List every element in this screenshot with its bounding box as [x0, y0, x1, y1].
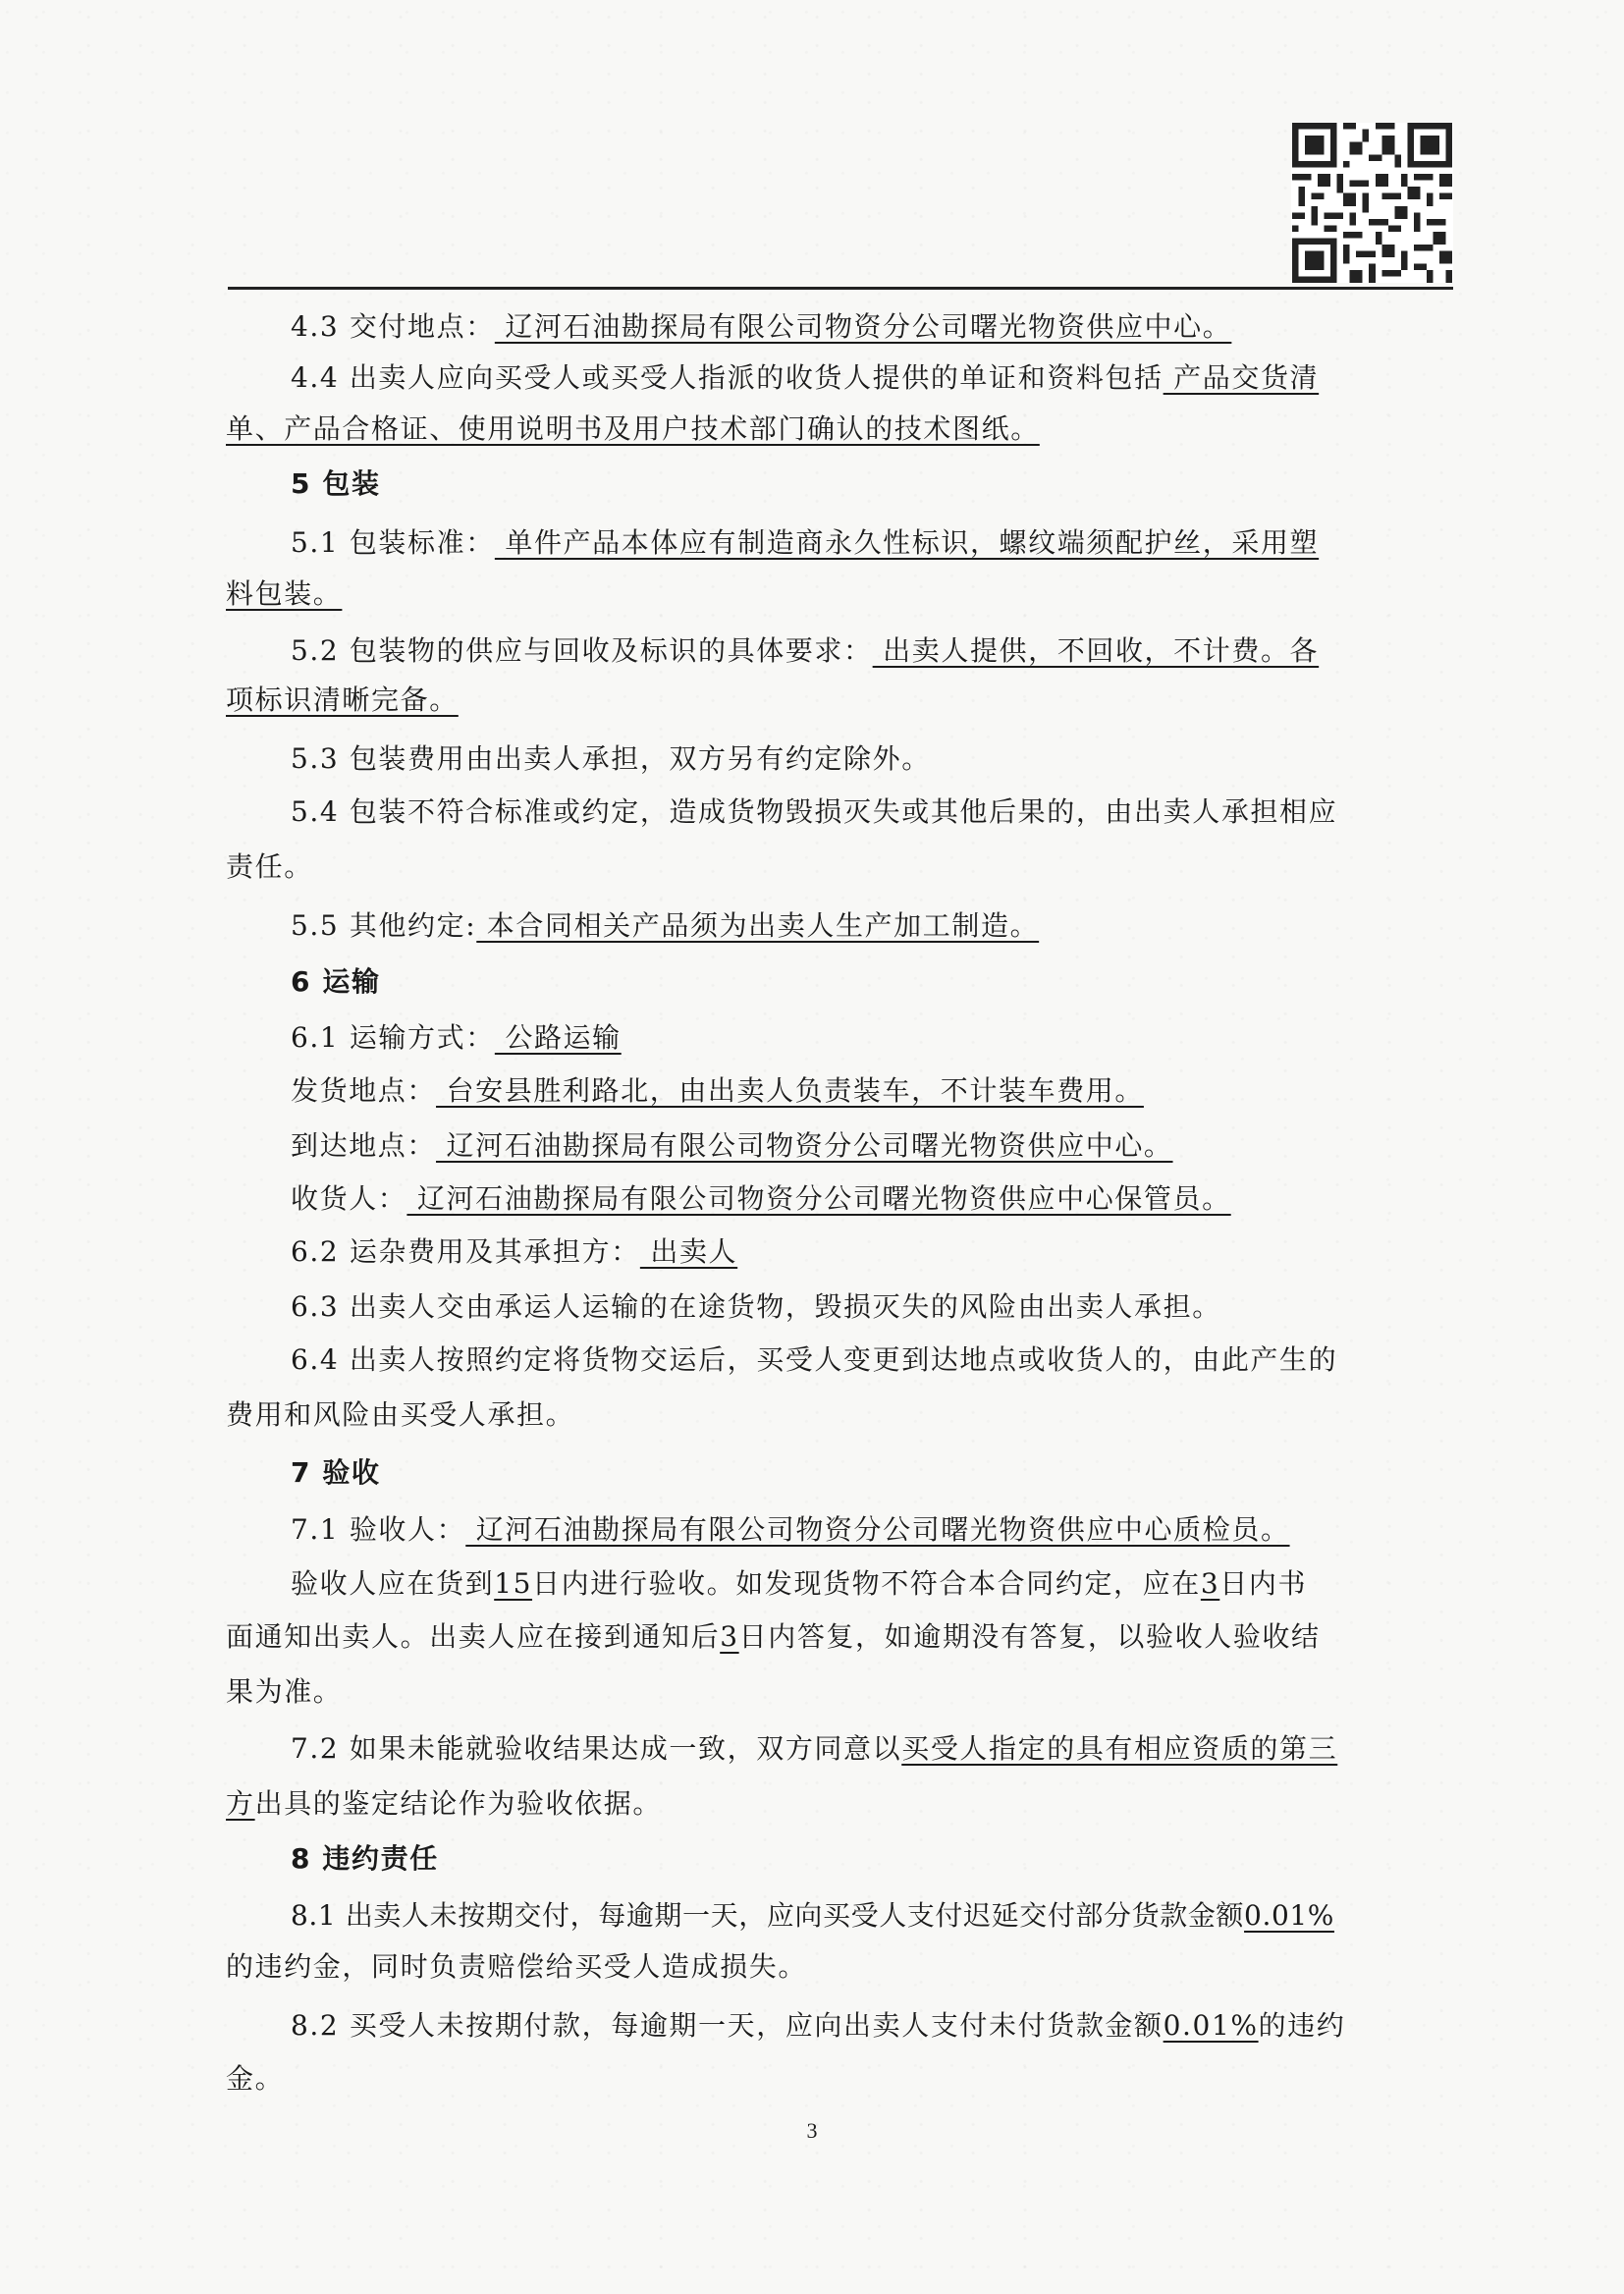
clause-7-1: 7.1 验收人： 辽河石油勘探局有限公司物资分公司曙光物资供应中心质检员。 — [226, 1510, 1455, 1550]
ship-from-value: 台安县胜利路北，由出卖人负责装车，不计装车费用。 — [436, 1074, 1144, 1107]
header-rule — [228, 287, 1453, 290]
packaging-requirements: 出卖人提供，不回收，不计费。各 — [873, 634, 1320, 667]
documents-value-cont: 单、产品合格证、使用说明书及用户技术部门确认的技术图纸。 — [226, 412, 1040, 445]
text: 7.2 如果未能就验收结果达成一致，双方同意以 — [291, 1732, 901, 1765]
text: 日内答复，如逾期没有答复，以验收人验收结 — [739, 1620, 1321, 1653]
clause-6-4: 6.4 出卖人按照约定将货物交运后，买受人变更到达地点或收货人的，由此产生的 — [226, 1340, 1455, 1380]
notice-days: 3 — [1201, 1567, 1219, 1600]
clause-4-4-cont: 单、产品合格证、使用说明书及用户技术部门确认的技术图纸。 — [226, 410, 1455, 449]
text: 的违约 — [1259, 2009, 1346, 2042]
text: 面通知出卖人。出卖人应在接到通知后 — [226, 1620, 720, 1653]
section-heading-5: 5 包装 — [226, 464, 1455, 504]
consignee-value: 辽河石油勘探局有限公司物资分公司曙光物资供应中心保管员。 — [406, 1182, 1230, 1215]
packaging-standard-cont: 料包装。 — [226, 577, 342, 610]
text: 出具的鉴定结论作为验收依据。 — [255, 1787, 662, 1820]
freight-payer: 出卖人 — [640, 1235, 737, 1268]
clause-7-2-cont: 方出具的鉴定结论作为验收依据。 — [226, 1784, 1455, 1824]
clause-8-1-cont: 的违约金，同时负责赔偿给买受人造成损失。 — [226, 1947, 1455, 1987]
clause-6-3: 6.3 出卖人交由承运人运输的在途货物，毁损灭失的风险由出卖人承担。 — [226, 1287, 1455, 1327]
text: 日内书 — [1219, 1567, 1307, 1600]
inspection-terms-cont2: 果为准。 — [226, 1672, 1455, 1712]
clause-6-2: 6.2 运杂费用及其承担方： 出卖人 — [226, 1232, 1455, 1272]
packaging-standard: 单件产品本体应有制造商永久性标识，螺纹端须配护丝，采用塑 — [495, 526, 1319, 559]
clause-label: 5.5 其他约定: — [291, 909, 476, 942]
transport-mode: 公路运输 — [495, 1021, 622, 1054]
section-heading-7: 7 验收 — [226, 1453, 1455, 1493]
clause-label: 5.1 包装标准： — [291, 526, 495, 559]
clause-5-4: 5.4 包装不符合标准或约定，造成货物毁损灭失或其他后果的，由出卖人承担相应 — [226, 792, 1455, 832]
clause-6-4-cont: 费用和风险由买受人承担。 — [226, 1395, 1455, 1435]
text: 日内进行验收。如发现货物不符合本合同约定，应在 — [532, 1567, 1201, 1600]
clause-5-5: 5.5 其他约定: 本合同相关产品须为出卖人生产加工制造。 — [226, 906, 1455, 946]
qr-code-icon — [1291, 123, 1453, 283]
late-delivery-rate: 0.01% — [1244, 1899, 1334, 1932]
delivery-location: 辽河石油勘探局有限公司物资分公司曙光物资供应中心。 — [495, 310, 1232, 343]
clause-5-1: 5.1 包装标准： 单件产品本体应有制造商永久性标识，螺纹端须配护丝，采用塑 — [226, 523, 1455, 563]
clause-label: 4.3 交付地点： — [291, 310, 495, 343]
clause-label: 5.2 包装物的供应与回收及标识的具体要求： — [291, 634, 873, 667]
inspection-terms: 验收人应在货到15日内进行验收。如发现货物不符合本合同约定，应在3日内书 — [226, 1564, 1455, 1604]
clause-5-2: 5.2 包装物的供应与回收及标识的具体要求： 出卖人提供，不回收，不计费。各 — [226, 631, 1455, 671]
clause-5-4-cont: 责任。 — [226, 847, 1455, 887]
consignee: 收货人： 辽河石油勘探局有限公司物资分公司曙光物资供应中心保管员。 — [226, 1179, 1455, 1219]
clause-8-2: 8.2 买受人未按期付款，每逾期一天，应向出卖人支付未付货款金额0.01%的违约 — [226, 2006, 1455, 2046]
inspector: 辽河石油勘探局有限公司物资分公司曙光物资供应中心质检员。 — [465, 1513, 1289, 1546]
third-party-cont: 方 — [226, 1787, 255, 1820]
section-heading-8: 8 违约责任 — [226, 1839, 1455, 1879]
clause-label: 到达地点： — [291, 1129, 436, 1162]
third-party: 买受人指定的具有相应资质的第三 — [901, 1732, 1337, 1765]
page-number: 3 — [802, 2116, 822, 2146]
packaging-requirements-cont: 项标识清晰完备。 — [226, 683, 459, 716]
other-agreement: 本合同相关产品须为出卖人生产加工制造。 — [476, 909, 1039, 942]
clause-label: 收货人： — [291, 1182, 406, 1215]
reply-days: 3 — [720, 1620, 738, 1653]
documents-value: 产品交货清 — [1164, 361, 1320, 394]
late-payment-rate: 0.01% — [1164, 2009, 1259, 2042]
clause-7-2: 7.2 如果未能就验收结果达成一致，双方同意以买受人指定的具有相应资质的第三 — [226, 1729, 1455, 1769]
inspection-days: 15 — [494, 1567, 532, 1600]
ship-to: 到达地点： 辽河石油勘探局有限公司物资分公司曙光物资供应中心。 — [226, 1126, 1455, 1166]
clause-4-4: 4.4 出卖人应向买受人或买受人指派的收货人提供的单证和资料包括 产品交货清 — [226, 358, 1455, 398]
clause-5-3: 5.3 包装费用由出卖人承担，双方另有约定除外。 — [226, 739, 1455, 779]
clause-label: 发货地点： — [291, 1074, 436, 1107]
clause-4-3: 4.3 交付地点： 辽河石油勘探局有限公司物资分公司曙光物资供应中心。 — [226, 307, 1455, 347]
ship-from: 发货地点： 台安县胜利路北，由出卖人负责装车，不计装车费用。 — [226, 1071, 1455, 1111]
clause-label: 7.1 验收人： — [291, 1513, 465, 1546]
clause-6-1: 6.1 运输方式： 公路运输 — [226, 1018, 1455, 1058]
ship-to-value: 辽河石油勘探局有限公司物资分公司曙光物资供应中心。 — [436, 1129, 1173, 1162]
text: 8.1 出卖人未按期交付，每逾期一天，应向买受人支付迟延交付部分货款金额 — [291, 1899, 1244, 1932]
text: 验收人应在货到 — [291, 1567, 494, 1600]
clause-label: 6.1 运输方式： — [291, 1021, 495, 1054]
section-heading-6: 6 运输 — [226, 962, 1455, 1002]
clause-5-2-cont: 项标识清晰完备。 — [226, 681, 1455, 720]
clause-label: 4.4 出卖人应向买受人或买受人指派的收货人提供的单证和资料包括 — [291, 361, 1164, 394]
inspection-terms-cont: 面通知出卖人。出卖人应在接到通知后3日内答复，如逾期没有答复，以验收人验收结 — [226, 1617, 1455, 1657]
document-page: 4.3 交付地点： 辽河石油勘探局有限公司物资分公司曙光物资供应中心。 4.4 … — [0, 0, 1624, 2294]
clause-8-2-cont: 金。 — [226, 2059, 1455, 2099]
clause-5-1-cont: 料包装。 — [226, 574, 1455, 614]
text: 8.2 买受人未按期付款，每逾期一天，应向出卖人支付未付货款金额 — [291, 2009, 1164, 2042]
clause-8-1: 8.1 出卖人未按期交付，每逾期一天，应向买受人支付迟延交付部分货款金额0.01… — [226, 1896, 1455, 1936]
clause-label: 6.2 运杂费用及其承担方： — [291, 1235, 640, 1268]
